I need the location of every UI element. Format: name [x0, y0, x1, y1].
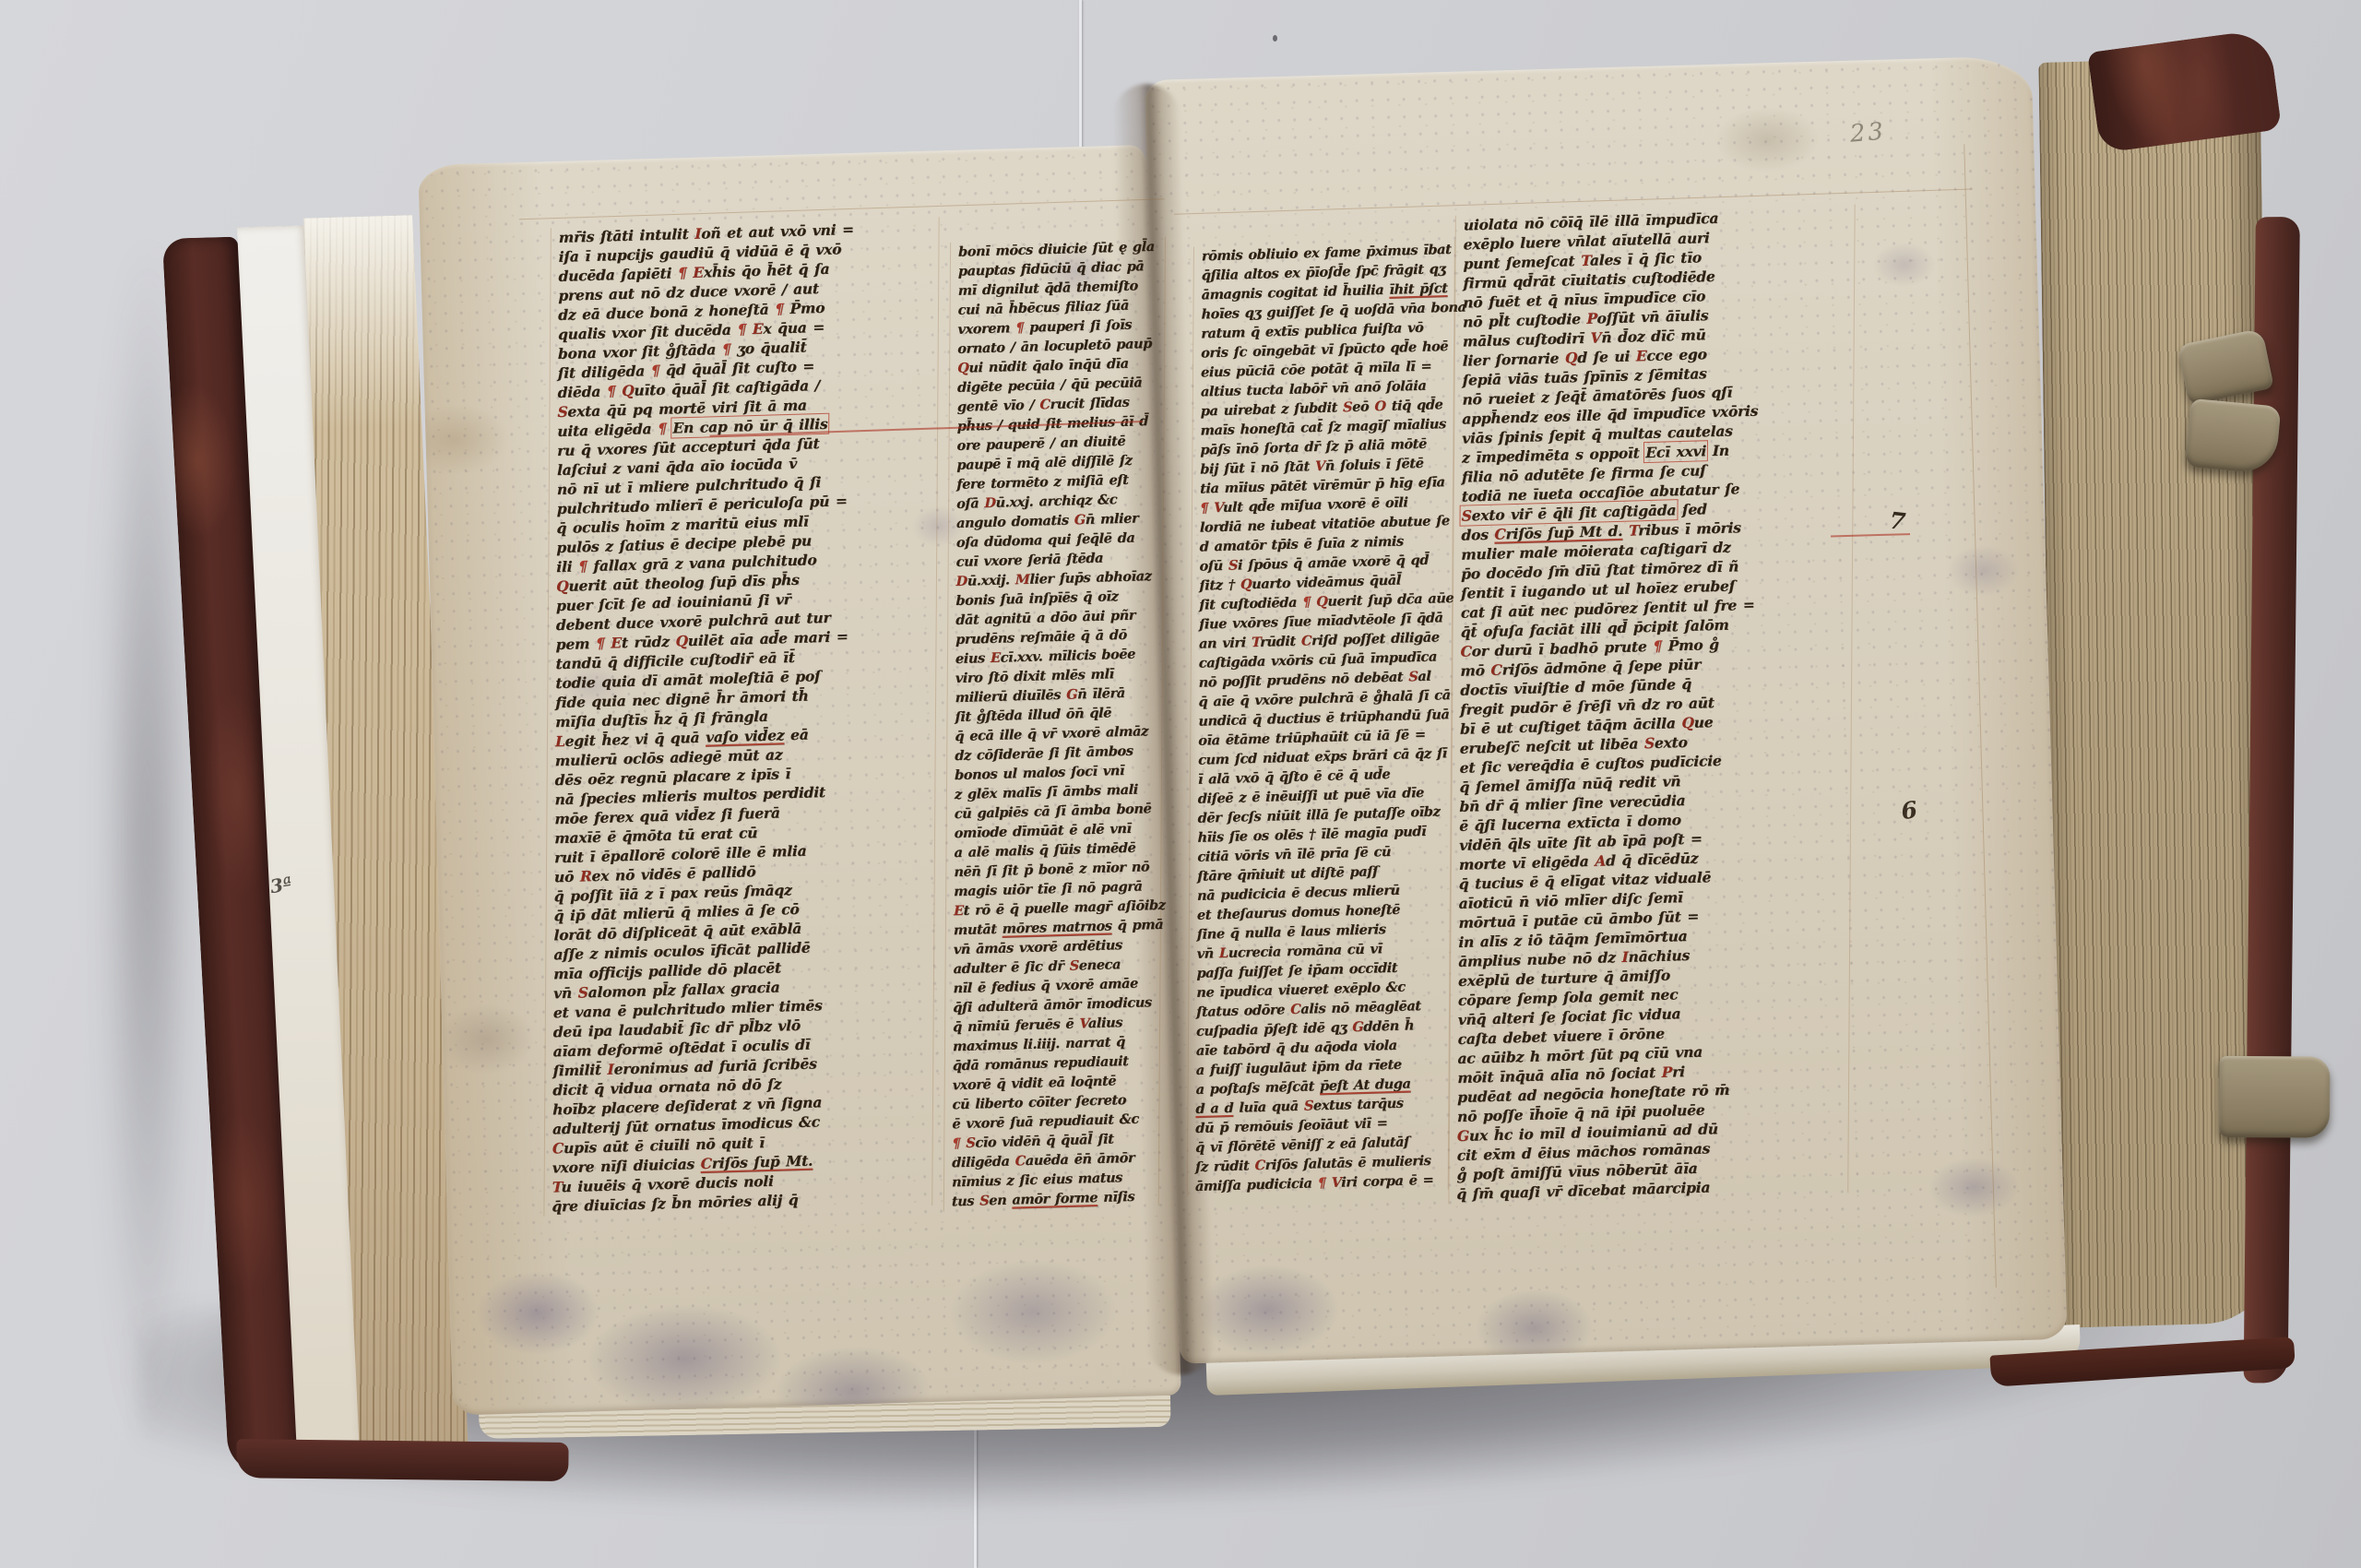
rubricated-letter: L: [1219, 945, 1228, 961]
rubricated-letter: C: [1461, 642, 1472, 659]
rubricated-letter: E: [954, 903, 964, 919]
red-underlined-text: Criſōs ſup̄ Mt.: [701, 1152, 813, 1172]
lower-clasp-strap-stub: [2219, 1056, 2331, 1138]
rubricated-letter: D: [984, 495, 995, 511]
rubricated-letter: E: [611, 634, 622, 651]
rubricated-letter: S: [1070, 957, 1079, 973]
rubricated-letter: C: [1490, 660, 1501, 678]
folio-number: 23: [1849, 118, 1887, 148]
rubricated-letter: S: [1644, 734, 1655, 752]
margin-mark-upper: 7: [1888, 507, 1907, 536]
rubricated-letter: T: [1629, 521, 1638, 539]
rubricated-letter: V: [1315, 458, 1325, 474]
rubric-pilcrow: ¶: [1318, 1175, 1326, 1191]
rubricated-letter: G: [1066, 686, 1077, 702]
text-column-3: rōmis obliuio ex fame p̄ximus ībatq̄ſili…: [1187, 240, 1455, 1197]
photograph-of-open-manuscript: { "palette":{ "wall":"#cfd0d4","parchmen…: [0, 0, 2361, 1568]
rubric-pilcrow: ¶: [1015, 320, 1024, 336]
rubricated-letter: C: [1494, 525, 1505, 542]
rubricated-letter: L: [555, 732, 565, 750]
rubricated-letter: E: [991, 650, 1001, 666]
rubricated-letter: S: [1343, 399, 1352, 415]
margin-mark-lower: 6: [1900, 796, 1919, 825]
text-column-4: uiolata nō cōīq̄ īlē illā īmpudīcaexēplo…: [1448, 205, 1855, 1205]
rubricated-letter: C: [1015, 1153, 1026, 1169]
rubricated-letter: I: [694, 225, 701, 243]
red-underlined-text: amōr forme: [1012, 1190, 1097, 1208]
rubricated-letter: V: [1214, 500, 1223, 516]
rubricated-letter: I: [1621, 948, 1628, 966]
rubricated-letter: G: [1352, 1019, 1363, 1035]
rubricated-letter: P: [1662, 1063, 1673, 1081]
rubricated-letter: Q: [1681, 714, 1693, 731]
rubric-pilcrow: ¶: [596, 635, 605, 652]
fore-edge-page-block: [2038, 56, 2277, 1328]
rubricated-letter: S: [578, 983, 588, 1001]
rubricated-letter: E: [753, 320, 764, 338]
rubricated-letter: Q: [957, 361, 968, 376]
rubricated-letter: S: [1228, 557, 1238, 573]
text-column-2: bonī mōcs diuicie ſūt ę gl̄apauptas fidū…: [943, 236, 1166, 1211]
rubricated-letter: Q: [622, 382, 634, 399]
rubricated-letter: I: [607, 1061, 613, 1078]
rubricated-letter: S: [1462, 506, 1472, 524]
rubric-pilcrow: ¶: [1200, 500, 1208, 516]
rubricated-letter: C: [1290, 1002, 1300, 1017]
rubricated-letter: P: [1586, 309, 1596, 327]
rubricated-letter: V: [1590, 328, 1601, 346]
rubric-pilcrow: ¶: [651, 362, 660, 379]
rubric-pilcrow: ¶: [775, 300, 784, 317]
rubric-pilcrow: ¶: [578, 557, 587, 575]
rubricated-letter: G: [1457, 1127, 1469, 1145]
rubricated-letter: Q: [556, 577, 568, 595]
red-underlined-text: d a d: [1195, 1100, 1233, 1117]
rubricated-letter: S: [966, 1135, 975, 1151]
rubricated-letter: C: [1254, 1158, 1264, 1173]
rubric-pilcrow: ¶: [737, 320, 746, 338]
rubricated-letter: C: [701, 1155, 712, 1172]
rubricated-letter: G: [1074, 512, 1086, 528]
rubric-pilcrow: ¶: [658, 420, 667, 437]
rubricated-letter: D: [955, 574, 967, 589]
red-underlined-text: vaſo vid̄ez: [706, 726, 784, 745]
rubric-pilcrow: ¶: [607, 382, 616, 399]
rubricated-letter: Q: [1316, 594, 1327, 610]
rubricated-letter: Q: [675, 632, 687, 649]
wall-speck: [1273, 35, 1277, 42]
red-underlined-text: Criſōs ſup̄ Mt d.: [1494, 522, 1622, 543]
rubricated-letter: Q: [1565, 349, 1577, 366]
rubricated-letter: T: [1252, 635, 1260, 650]
rubricated-letter: V: [1332, 1175, 1342, 1191]
open-manuscript-book: mr̄is ſtāti intulit Ioñ et aut vxō vni =…: [110, 26, 2271, 1524]
rubricated-letter: M: [1015, 572, 1030, 588]
rubricated-letter: E: [693, 263, 704, 280]
red-underlined-text: īhit p̄ſct: [1389, 280, 1447, 298]
rubricated-letter: C: [1301, 633, 1311, 648]
rubric-pilcrow: ¶: [722, 340, 731, 358]
rubricated-letter: T: [1581, 252, 1590, 269]
rubricated-letter: R: [580, 867, 592, 885]
rubricated-letter: E: [1636, 347, 1647, 364]
rubricated-letter: S: [557, 403, 567, 421]
rubricated-letter: T: [552, 1178, 562, 1195]
rubricated-letter: O: [1374, 398, 1385, 414]
red-underlined-text: mōres matrnos: [1003, 918, 1112, 936]
red-underlined-text: p̄eſt At duga: [1320, 1075, 1411, 1094]
rubricated-letter: C: [552, 1139, 564, 1157]
bottom-left-cover-edge: [236, 1439, 568, 1481]
rubricated-letter: S: [1304, 1098, 1313, 1113]
rubric-pilcrow: ¶: [1302, 594, 1311, 610]
red-boxed-text: Ecī xxvi: [1645, 442, 1706, 461]
rubric-pilcrow: ¶: [952, 1135, 960, 1151]
page-edge-mark: 3ª: [268, 873, 293, 898]
rubricated-letter: Q: [1240, 576, 1252, 592]
rubricated-letter: A: [1595, 851, 1606, 869]
rubricated-letter: V: [1079, 1016, 1088, 1031]
rubricated-letter: S: [979, 1193, 989, 1208]
text-column-1: mr̄is ſtāti intulit Ioñ et aut vxō vni =…: [543, 217, 939, 1216]
rubric-pilcrow: ¶: [1653, 637, 1662, 655]
rubricated-letter: C: [1039, 397, 1050, 412]
rubric-pilcrow: ¶: [678, 264, 687, 281]
rubricated-letter: S: [1408, 669, 1418, 684]
